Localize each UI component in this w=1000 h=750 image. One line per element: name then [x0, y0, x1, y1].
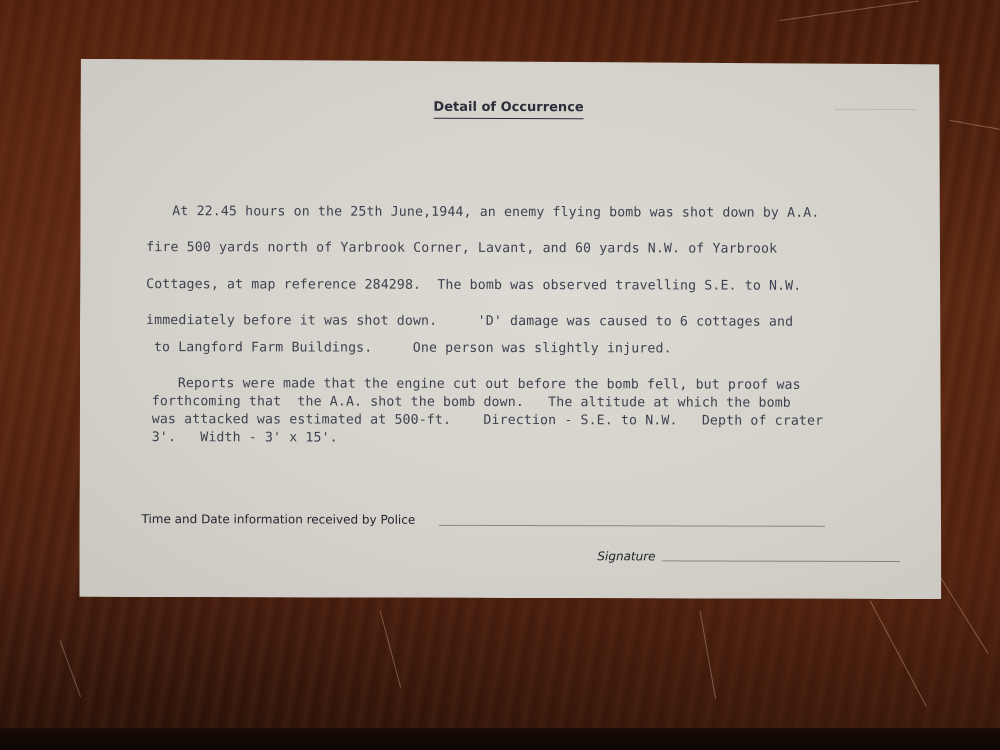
wood-scratch — [380, 610, 402, 688]
typed-line-5: to Langford Farm Buildings. One person w… — [154, 340, 672, 356]
desk-edge-shadow — [0, 728, 1000, 750]
signature-line — [662, 560, 899, 562]
document-title-text: Detail of Occurrence — [433, 100, 583, 119]
wood-scratch — [700, 610, 717, 699]
police-info-label: Time and Date information received by Po… — [141, 512, 415, 527]
typed-line-1: At 22.45 hours on the 25th June,1944, an… — [172, 204, 819, 221]
wood-scratch — [950, 120, 1000, 131]
occurrence-report-card: Detail of Occurrence At 22.45 hours on t… — [79, 59, 942, 599]
typed-line-6: Reports were made that the engine cut ou… — [178, 376, 801, 393]
typed-line-9: 3'. Width - 3' x 15'. — [152, 430, 338, 445]
typed-line-3: Cottages, at map reference 284298. The b… — [146, 277, 801, 294]
document-title: Detail of Occurrence — [81, 99, 943, 116]
typed-line-4: immediately before it was shot down. 'D'… — [146, 313, 793, 330]
wood-scratch — [870, 600, 927, 706]
typed-line-2: fire 500 yards north of Yarbrook Corner,… — [146, 240, 777, 257]
wood-scratch — [60, 640, 81, 697]
police-info-line — [439, 525, 824, 527]
typed-line-8: was attacked was estimated at 500-ft. Di… — [152, 412, 823, 429]
typed-line-7: forthcoming that the A.A. shot the bomb … — [152, 394, 791, 411]
wood-scratch — [780, 1, 919, 21]
signature-label: Signature — [597, 549, 655, 563]
